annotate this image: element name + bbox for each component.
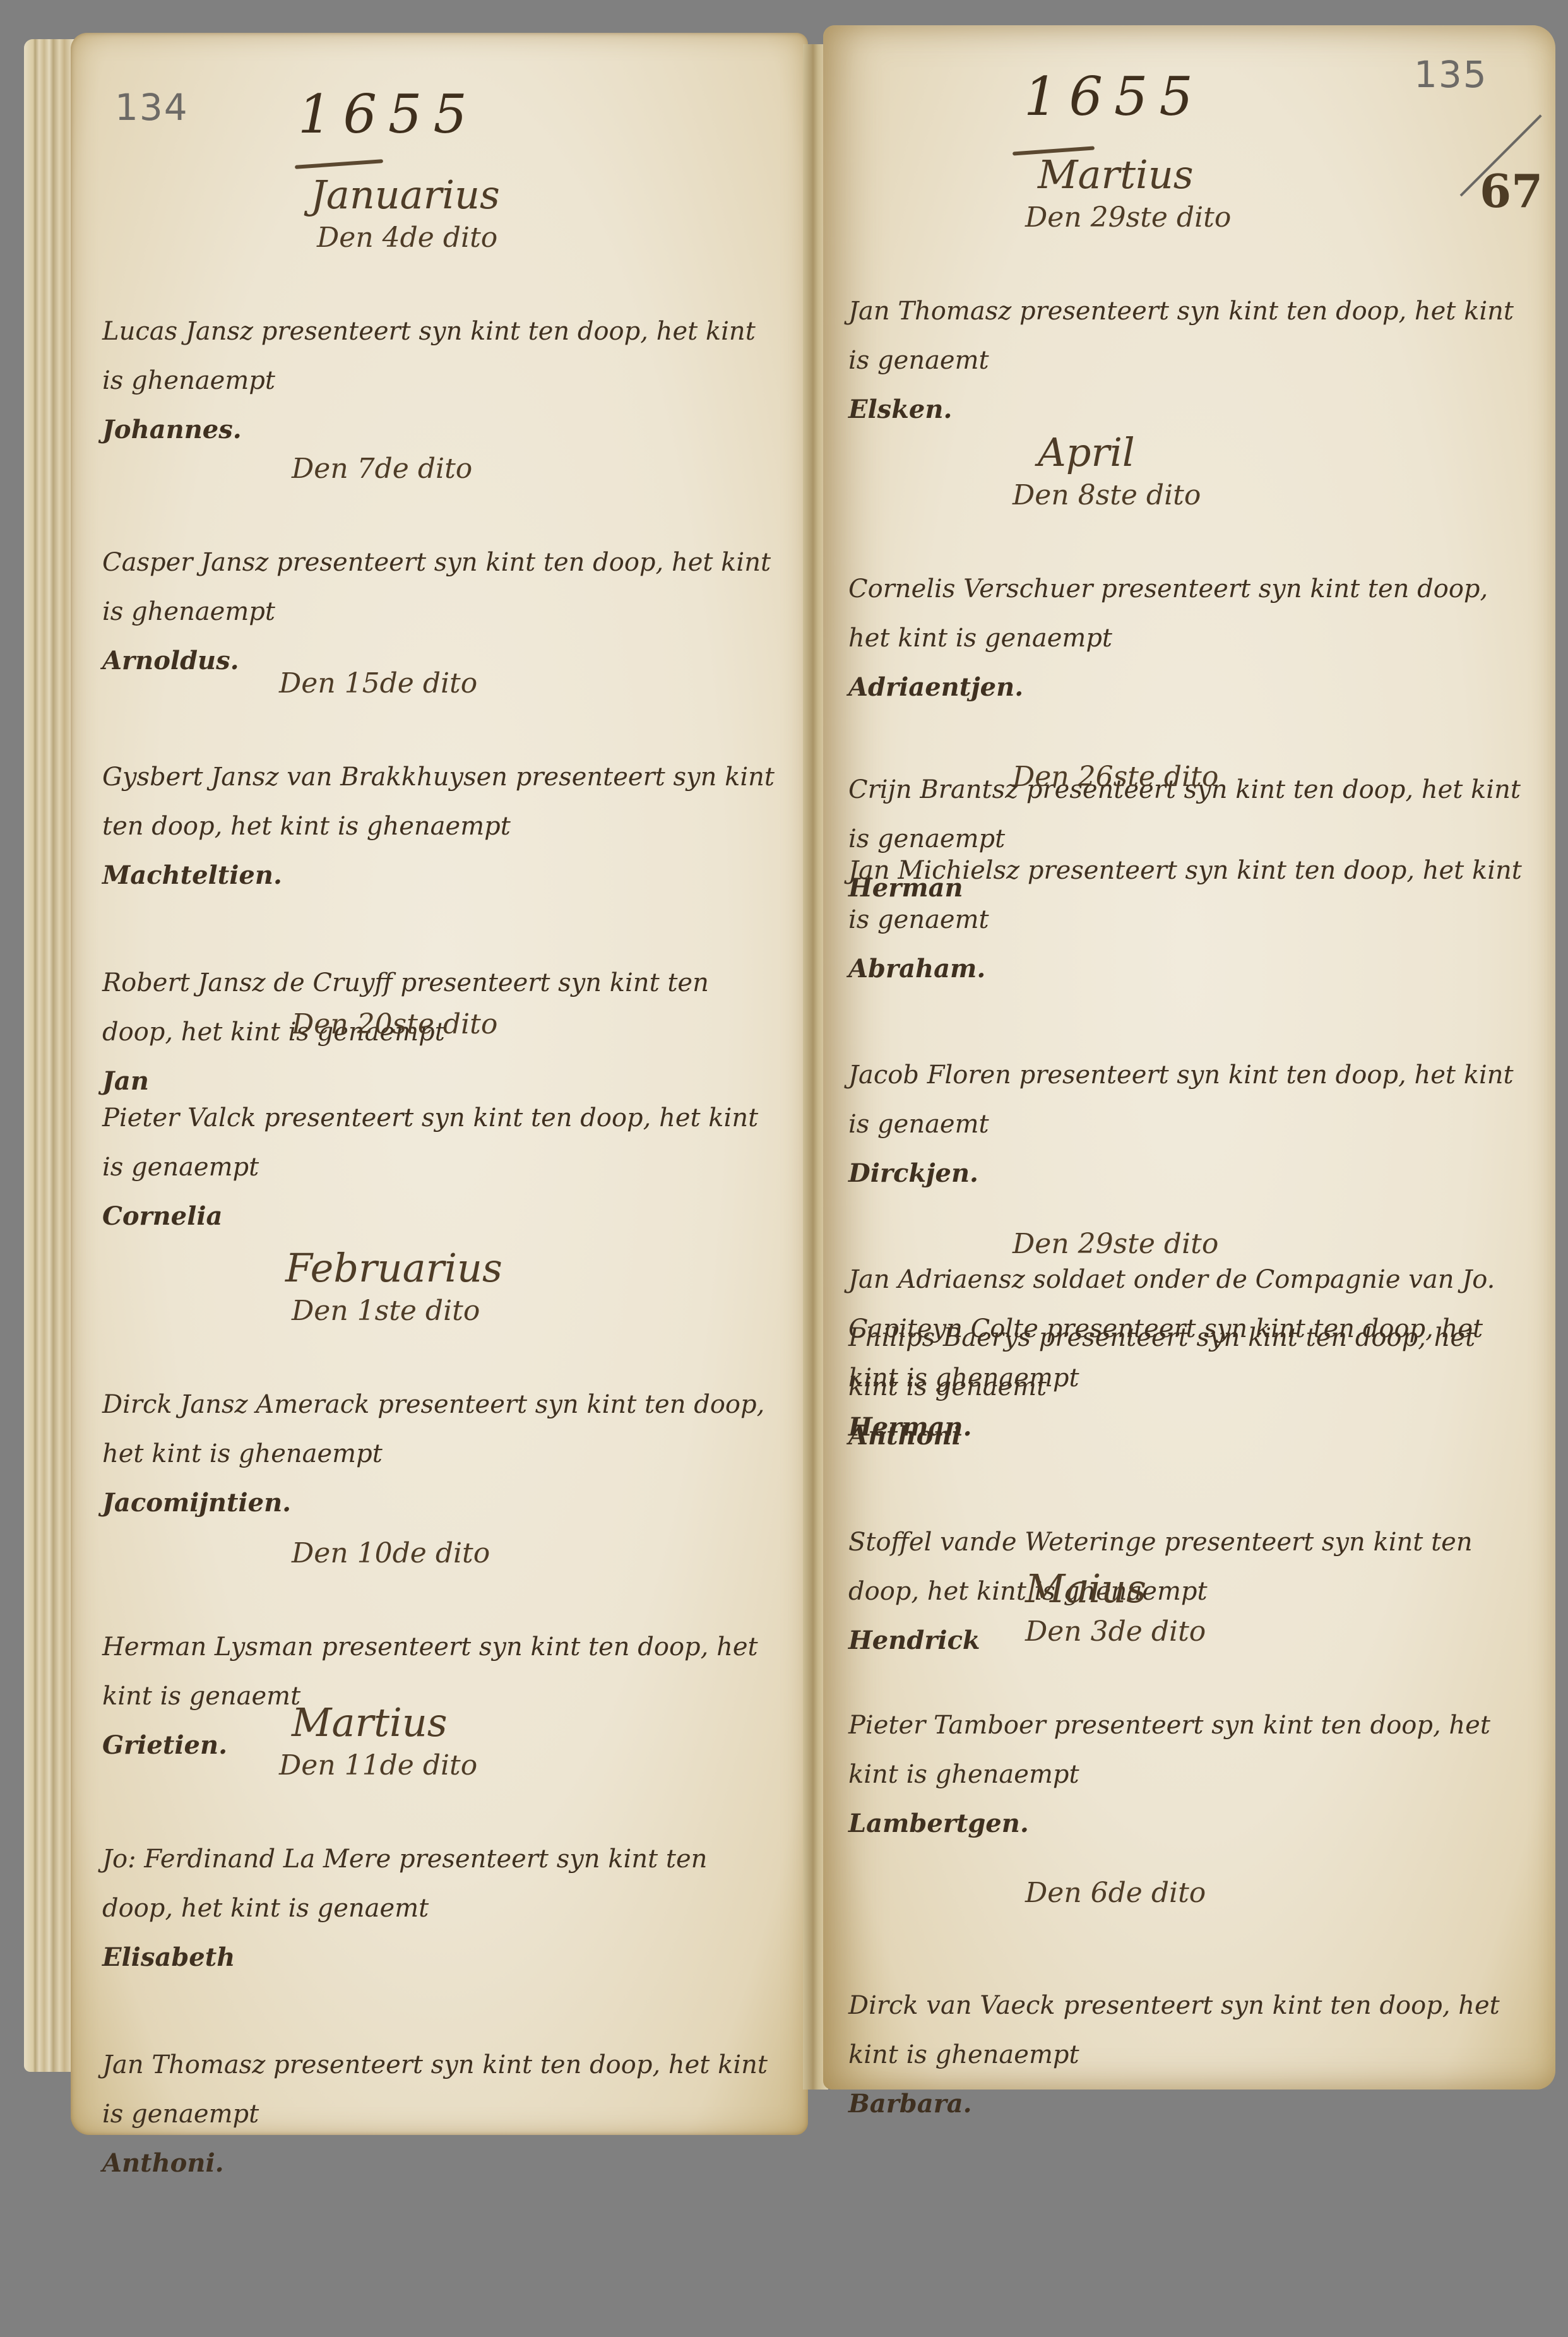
date-heading: Den 6de dito xyxy=(848,1874,1530,1913)
child-name: Adriaentjen. xyxy=(848,672,1023,702)
month-heading: Januarius xyxy=(102,172,784,218)
page-stack-edges xyxy=(24,39,74,2072)
child-name: Elisabeth xyxy=(102,1942,235,1972)
open-register-book: 134 1655 Januarius Den 4de dito Lucas Ja… xyxy=(0,0,1568,2337)
month-heading: Martius xyxy=(102,1699,784,1746)
date-heading: Den 29ste dito xyxy=(848,1225,1530,1264)
entry-text: Philips Baerys presenteert syn kint ten … xyxy=(848,1323,1475,1401)
entry-text: Jacob Floren presenteert syn kint ten do… xyxy=(848,1061,1514,1139)
date-heading: Den 7de dito xyxy=(102,449,784,489)
child-name: Cornelia xyxy=(102,1201,222,1231)
child-name: Lambertgen. xyxy=(848,1809,1029,1838)
entry-text: Lucas Jansz presenteert syn kint ten doo… xyxy=(102,317,756,395)
baptism-entry: Jan Michielsz presenteert syn kint ten d… xyxy=(848,797,1530,994)
child-name: Machteltien. xyxy=(102,860,282,890)
child-name: Dirckjen. xyxy=(848,1158,978,1188)
month-heading: Maius xyxy=(848,1566,1530,1612)
baptism-entry: Jan Thomasz presenteert syn kint ten doo… xyxy=(848,237,1530,434)
date-heading: Den 3de dito xyxy=(848,1612,1530,1651)
year-underline xyxy=(295,159,383,169)
baptism-entry: Pieter Valck presenteert syn kint ten do… xyxy=(102,1044,784,1241)
baptism-entry: Philips Baerys presenteert syn kint ten … xyxy=(848,1264,1530,1461)
entry-text: Herman Lysman presenteert syn kint ten d… xyxy=(102,1632,758,1711)
child-name: Anthoni xyxy=(848,1421,961,1451)
month-heading: April xyxy=(848,429,1530,476)
date-group: Den 7de dito Casper Jansz presenteert sy… xyxy=(102,449,784,686)
baptism-entry: Jo: Ferdinand La Mere presenteert syn ki… xyxy=(102,1785,784,1982)
baptism-entry: Lucas Jansz presenteert syn kint ten doo… xyxy=(102,258,784,455)
date-heading: Den 8ste dito xyxy=(848,476,1530,515)
section-martius: Martius Den 11de dito Jo: Ferdinand La M… xyxy=(102,1699,784,2188)
baptism-entry: Gysbert Jansz van Brakkhuysen presenteer… xyxy=(102,703,784,900)
entry-text: Pieter Tamboer presenteert syn kint ten … xyxy=(848,1711,1490,1789)
section-januarius: Januarius Den 4de dito Lucas Jansz prese… xyxy=(102,172,784,455)
child-name: Jacomijntien. xyxy=(102,1488,291,1518)
month-heading: Februarius xyxy=(102,1245,784,1292)
date-heading: Den 29ste dito xyxy=(848,198,1530,237)
date-group: Den 20ste dito Pieter Valck presenteert … xyxy=(102,1005,784,1241)
child-name: Elsken. xyxy=(848,395,952,424)
month-heading: Martius xyxy=(848,152,1530,198)
date-heading: Den 4de dito xyxy=(102,218,784,258)
section-maius: Maius Den 3de dito Pieter Tamboer presen… xyxy=(848,1566,1530,2129)
folio-number: 134 xyxy=(115,86,189,129)
section-martius: Martius Den 29ste dito Jan Thomasz prese… xyxy=(848,152,1530,434)
entry-text: Jo: Ferdinand La Mere presenteert syn ki… xyxy=(102,1845,707,1923)
baptism-entry: Pieter Tamboer presenteert syn kint ten … xyxy=(848,1651,1530,1848)
baptism-entry: Dirck Jansz Amerack presenteert syn kint… xyxy=(102,1331,784,1528)
child-name: Anthoni. xyxy=(102,2148,224,2178)
entry-text: Jan Michielsz presenteert syn kint ten d… xyxy=(848,856,1522,934)
page-year: 1655 xyxy=(1024,66,1204,128)
entry-text: Pieter Valck presenteert syn kint ten do… xyxy=(102,1103,758,1182)
child-name: Abraham. xyxy=(848,954,985,984)
baptism-entry: Jacob Floren presenteert syn kint ten do… xyxy=(848,1001,1530,1198)
baptism-entry: Dirck van Vaeck presenteert syn kint ten… xyxy=(848,1932,1530,2129)
entry-text: Jan Thomasz presenteert syn kint ten doo… xyxy=(848,297,1514,375)
left-page: 134 1655 Januarius Den 4de dito Lucas Ja… xyxy=(71,33,808,2135)
folio-number: 135 xyxy=(1414,53,1488,96)
entry-text: Gysbert Jansz van Brakkhuysen presenteer… xyxy=(102,763,775,841)
date-heading: Den 11de dito xyxy=(102,1746,784,1785)
child-name: Johannes. xyxy=(102,415,242,444)
section-februarius: Februarius Den 1ste dito Dirck Jansz Ame… xyxy=(102,1245,784,1770)
date-heading: Den 26ste dito xyxy=(848,758,1530,797)
date-heading: Den 1ste dito xyxy=(102,1292,784,1331)
entry-text: Dirck van Vaeck presenteert syn kint ten… xyxy=(848,1991,1500,2069)
entry-text: Casper Jansz presenteert syn kint ten do… xyxy=(102,548,771,626)
date-heading: Den 10de dito xyxy=(102,1534,784,1573)
baptism-entry: Casper Jansz presenteert syn kint ten do… xyxy=(102,489,784,686)
date-heading: Den 15de dito xyxy=(102,664,784,703)
baptism-entry: Cornelis Verschuer presenteert syn kint … xyxy=(848,515,1530,712)
entry-text: Cornelis Verschuer presenteert syn kint … xyxy=(848,574,1488,653)
page-year: 1655 xyxy=(298,83,478,145)
baptism-entry: Jan Thomasz presenteert syn kint ten doo… xyxy=(102,1991,784,2188)
right-page: 135 67 1655 Martius Den 29ste dito Jan T… xyxy=(823,25,1555,2090)
entry-text: Dirck Jansz Amerack presenteert syn kint… xyxy=(102,1390,764,1468)
date-heading: Den 20ste dito xyxy=(102,1005,784,1044)
child-name: Barbara. xyxy=(848,2089,972,2119)
entry-text: Jan Thomasz presenteert syn kint ten doo… xyxy=(102,2050,768,2129)
